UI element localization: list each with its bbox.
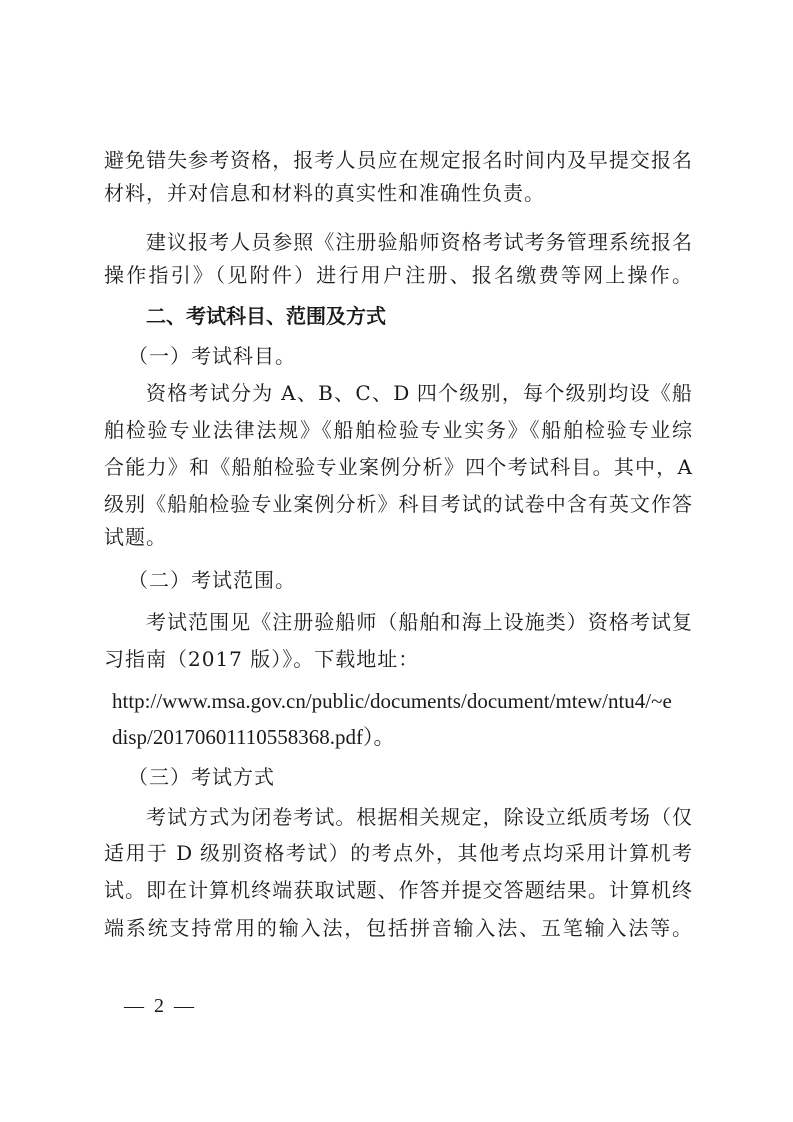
paragraph-line: 合能力》和《船舶检验专业案例分析》四个考试科目。其中，A [104, 452, 692, 482]
subsection-heading: （二）考试范围。 [128, 565, 716, 595]
paragraph-line: 考试范围见《注册验船师（船舶和海上设施类）资格考试复 [146, 607, 692, 637]
paragraph-line: 端系统支持常用的输入法，包括拼音输入法、五笔输入法等。 [104, 913, 692, 943]
paragraph-line: 操作指引》（见附件）进行用户注册、报名缴费等网上操作。 [104, 260, 692, 290]
paragraph-line: 舶检验专业法律法规》《船舶检验专业实务》《船舶检验专业综 [104, 415, 692, 445]
paragraph-line: 习指南（2017 版）》。下载地址： [104, 644, 692, 674]
paragraph-line: 资格考试分为 A、B、C、D 四个级别，每个级别均设《船 [146, 378, 692, 408]
subsection-heading: （一）考试科目。 [128, 341, 716, 371]
paragraph-line: 建议报考人员参照《注册验船师资格考试考务管理系统报名 [146, 227, 692, 257]
paragraph-line: 适用于 D 级别资格考试）的考点外，其他考点均采用计算机考 [104, 838, 692, 868]
subsection-heading: （三）考试方式 [128, 762, 716, 792]
paragraph-line: 避免错失参考资格，报考人员应在规定报名时间内及早提交报名 [104, 145, 692, 175]
section-heading: 二、考试科目、范围及方式 [146, 301, 734, 331]
paragraph-line: 考试方式为闭卷考试。根据相关规定，除设立纸质考场（仅 [146, 802, 692, 832]
paragraph-line: 试。即在计算机终端获取试题、作答并提交答题结果。计算机终 [104, 875, 692, 905]
page-number: — 2 — [124, 995, 194, 1018]
paragraph-line: 级别《船舶检验专业案例分析》科目考试的试卷中含有英文作答 [104, 489, 692, 519]
paragraph-line: 试题。 [104, 522, 692, 552]
paragraph-line: 材料，并对信息和材料的真实性和准确性负责。 [104, 178, 692, 208]
document-page: 避免错失参考资格，报考人员应在规定报名时间内及早提交报名 材料，并对信息和材料的… [0, 0, 793, 1122]
download-url-line: disp/20170601110558368.pdf）。 [112, 722, 692, 752]
download-url-line: http://www.msa.gov.cn/public/documents/d… [112, 686, 692, 716]
